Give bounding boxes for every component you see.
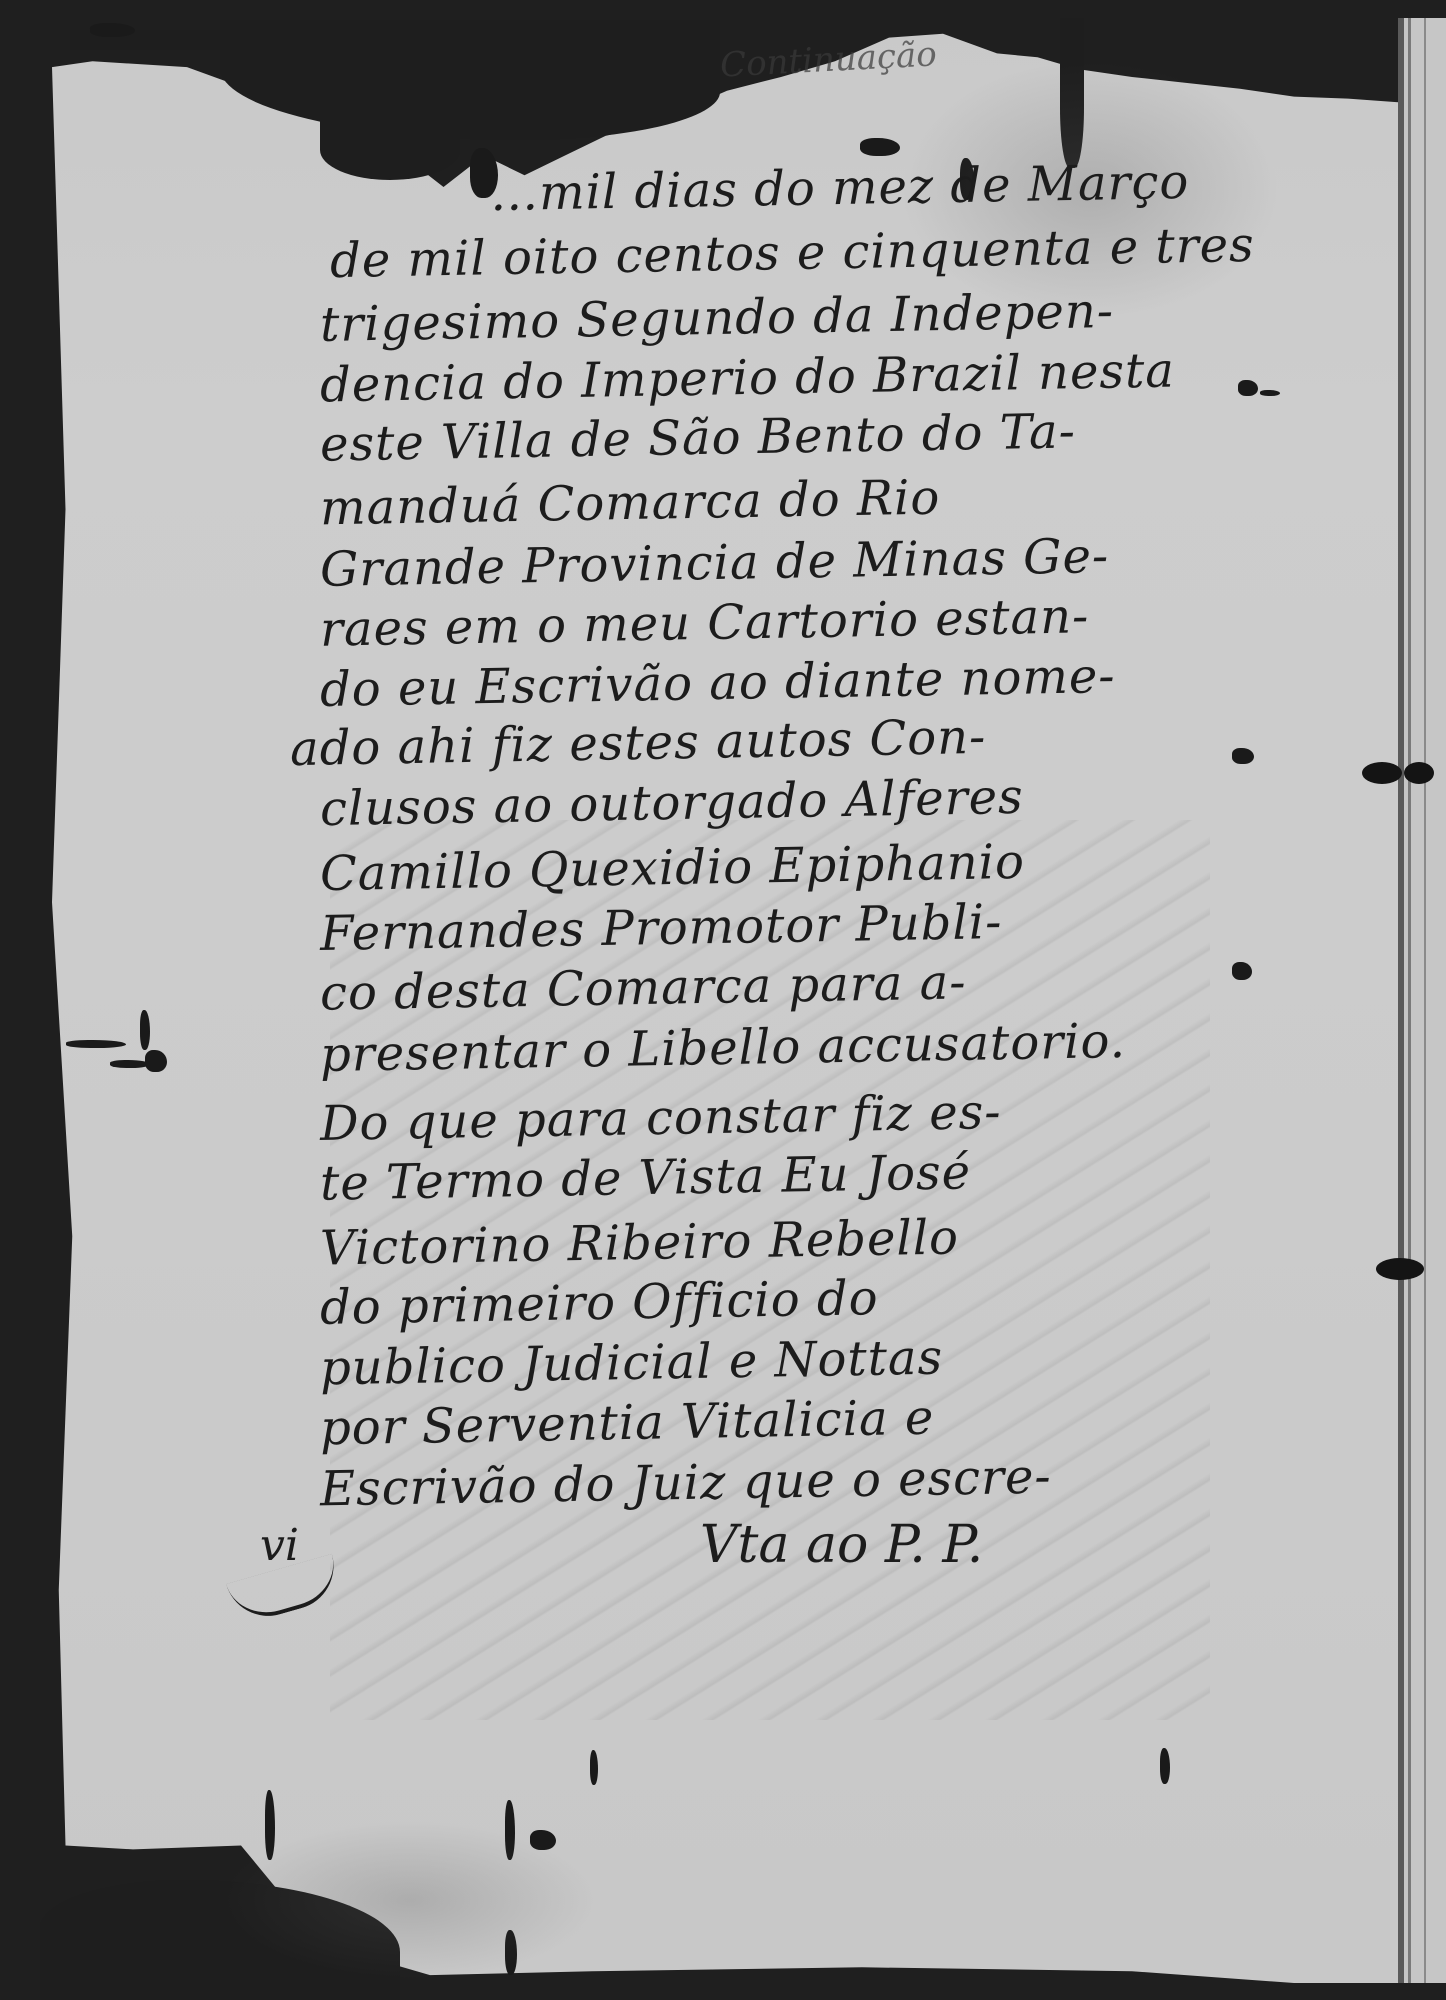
manuscript-line: manduá Comarca do Rio xyxy=(320,470,941,537)
closing-mark: Vta ao P. P. xyxy=(700,1515,983,1575)
water-stain xyxy=(220,1820,600,1980)
manuscript-line: do eu Escrivão ao diante nome- xyxy=(320,648,1116,718)
ink-blot xyxy=(90,23,135,37)
manuscript-line: de mil oito centos e cinquenta e tres xyxy=(330,217,1256,289)
ink-blot xyxy=(145,1050,167,1072)
ink-blot xyxy=(1160,1748,1170,1784)
manuscript-line: …mil dias do mez de Março xyxy=(490,154,1190,222)
manuscript-line: Do que para constar fiz es- xyxy=(320,1084,1002,1152)
manuscript-line: publico Judicial e Nottas xyxy=(320,1330,944,1397)
manuscript-text: …mil dias do mez de Março de mil oito ce… xyxy=(300,0,1180,1700)
ink-blot xyxy=(66,1040,126,1048)
binding-hole xyxy=(1404,762,1434,784)
manuscript-line: este Villa de São Bento do Ta- xyxy=(320,403,1077,472)
manuscript-line: do primeiro Officio do xyxy=(320,1270,879,1336)
binding-edge-line xyxy=(1424,18,1426,1983)
manuscript-line: trigesimo Segundo da Indepen- xyxy=(320,283,1115,353)
manuscript-line: Fernandes Promotor Publi- xyxy=(320,894,1003,962)
ink-blot xyxy=(1238,380,1258,396)
manuscript-line: raes em o meu Cartorio estan- xyxy=(320,588,1090,657)
ink-blot xyxy=(140,1010,150,1050)
binding-strip xyxy=(1398,18,1446,1983)
manuscript-line: Escrivão do Juiz que o escre- xyxy=(320,1449,1053,1518)
binding-hole xyxy=(1376,1258,1424,1280)
closing-word-flourish: vi xyxy=(260,1520,299,1571)
manuscript-line: Grande Provincia de Minas Ge- xyxy=(320,528,1110,598)
manuscript-line: Victorino Ribeiro Rebello xyxy=(320,1209,960,1276)
manuscript-line: ado ahi fiz estes autos Con- xyxy=(290,709,987,777)
ink-blot xyxy=(1260,390,1280,396)
ink-blot xyxy=(110,1060,150,1068)
manuscript-line: dencia do Imperio do Brazil nesta xyxy=(320,343,1176,414)
binding-fold-line xyxy=(1408,18,1411,1983)
manuscript-line: te Termo de Vista Eu José xyxy=(320,1144,972,1211)
binding-fold-line xyxy=(1398,18,1404,1983)
ink-blot xyxy=(1232,748,1254,764)
manuscript-line: clusos ao outorgado Alferes xyxy=(320,769,1025,837)
ink-blot xyxy=(1232,962,1252,980)
manuscript-line: Camillo Quexidio Epiphanio xyxy=(320,834,1026,902)
binding-hole xyxy=(1362,762,1402,784)
ink-blot xyxy=(590,1750,598,1785)
manuscript-line: co desta Comarca para a- xyxy=(320,954,967,1021)
manuscript-line: por Serventia Vitalicia e xyxy=(320,1390,935,1457)
manuscript-line: presentar o Libello accusatorio. xyxy=(320,1013,1127,1083)
